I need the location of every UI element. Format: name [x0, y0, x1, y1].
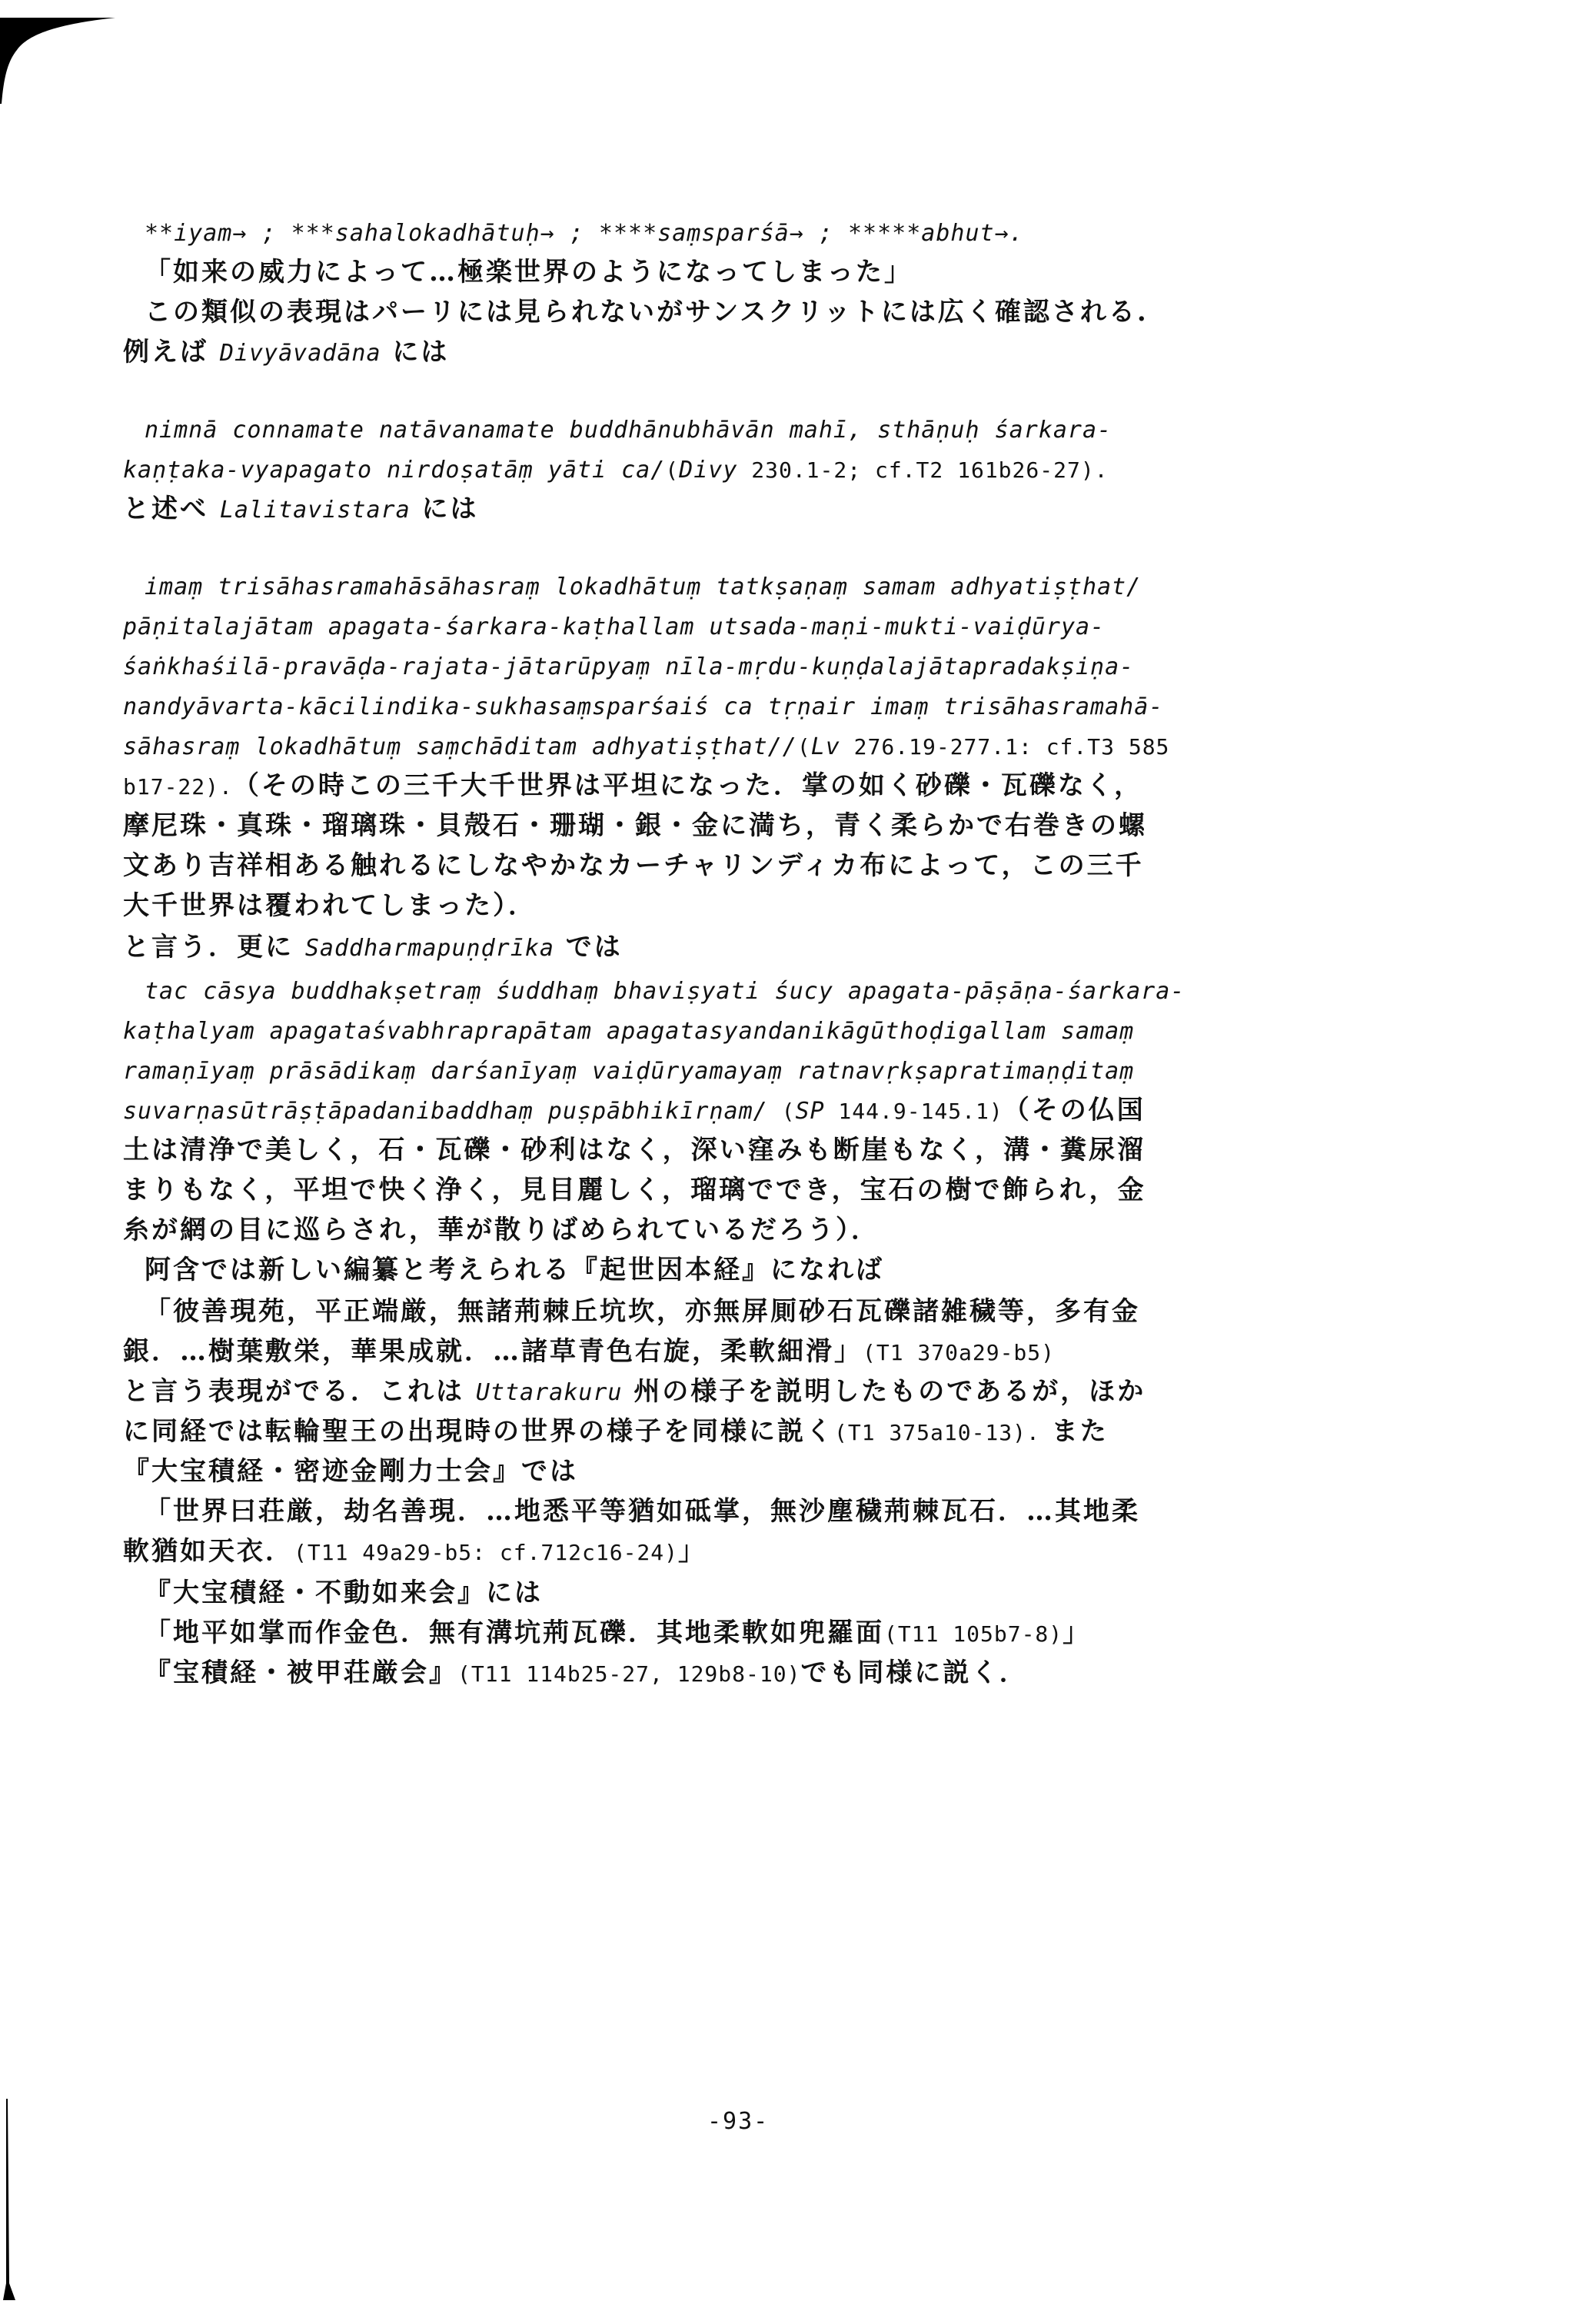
text-line: nimnā connamate natāvanamate buddhānubhā…: [145, 414, 1112, 446]
citation-text: (T1 375a10-13).: [834, 1420, 1040, 1445]
romanized-text: kaṭhalyam apagataśvabhraprapātam apagata…: [123, 1018, 1134, 1045]
japanese-text: 「世界曰荘厳，劫名善現．…地悉平等猶如砥掌，無沙塵穢荊棘瓦石．…其地柔: [145, 1496, 1140, 1527]
japanese-text: 例えば: [123, 337, 220, 367]
romanized-text: Uttarakuru: [476, 1379, 623, 1406]
text-line: sāhasraṃ lokadhātuṃ saṃchāditam adhyatiṣ…: [123, 730, 1169, 763]
text-line: 摩尼珠・真珠・瑠璃珠・貝殻石・珊瑚・銀・金に満ち，青く柔らかで右巻きの螺: [123, 810, 1147, 841]
romanized-text: Divy: [679, 457, 737, 484]
text-line: 例えば Divyāvadāna には: [123, 337, 449, 369]
citation-text: (: [797, 734, 811, 760]
text-line: **iyam→ ; ***sahalokadhātuḥ→ ; ****saṃsp…: [145, 217, 1024, 249]
text-line: と言う．更に Saddharmapuṇḍrīka では: [123, 932, 623, 964]
citation-text: (T11 105b7-8): [884, 1621, 1063, 1647]
text-line: suvarṇasūtrāṣṭāpadanibaddhaṃ puṣpābhikīr…: [123, 1095, 1146, 1127]
japanese-text: には: [381, 337, 450, 367]
romanized-text: pāṇitalajātam apagata-śarkara-kaṭhallam …: [123, 613, 1105, 640]
romanized-text: SP: [795, 1098, 824, 1125]
citation-text: (: [768, 1099, 796, 1124]
japanese-text: 軟猶如天衣．: [123, 1536, 294, 1567]
japanese-text: と述べ: [123, 494, 220, 524]
text-line: この類似の表現はパーリには見られないがサンスクリットには広く確認される.: [145, 297, 1149, 327]
romanized-text: tac cāsya buddhakṣetraṃ śuddhaṃ bhaviṣya…: [145, 978, 1185, 1005]
romanized-text: imaṃ trisāhasramahāsāhasraṃ lokadhātuṃ t…: [145, 574, 1141, 600]
romanized-text: **iyam→ ; ***sahalokadhātuḥ→ ; ****saṃsp…: [145, 220, 1024, 247]
romanized-text: nandyāvarta-kācilindika-sukhasaṃsparśaiś…: [123, 693, 1163, 720]
romanized-text: suvarṇasūtrāṣṭāpadanibaddhaṃ puṣpābhikīr…: [123, 1098, 768, 1125]
japanese-text: 『大宝積経・密迹金剛力士会』では: [123, 1456, 578, 1487]
citation-text: (T11 49a29-b5: cf.712c16-24): [294, 1540, 678, 1565]
text-line: 土は清浄で美しく，石・瓦礫・砂利はなく，深い窪みも断崖もなく，溝・糞尿溜: [123, 1135, 1146, 1165]
text-line: 『宝積経・被甲荘厳会』(T11 114b25-27, 129b8-10)でも同様…: [145, 1657, 1028, 1690]
japanese-text: 摩尼珠・真珠・瑠璃珠・貝殻石・珊瑚・銀・金に満ち，青く柔らかで右巻きの螺: [123, 810, 1147, 841]
japanese-text: 『大宝積経・不動如来会』には: [145, 1578, 543, 1608]
citation-text: 276.19-277.1: cf.T3 585: [840, 734, 1170, 760]
text-line: 糸が網の目に巡らされ，華が散りばめられているだろう）．: [123, 1215, 880, 1245]
text-line: śaṅkhaśilā-pravāḍa-rajata-jātarūpyaṃ nīl…: [123, 650, 1134, 683]
text-line: imaṃ trisāhasramahāsāhasraṃ lokadhātuṃ t…: [145, 570, 1141, 603]
japanese-text: 「地平如掌而作金色．無有溝坑荊瓦礫．其地柔軟如兜羅面: [145, 1617, 884, 1648]
romanized-text: Divyāvadāna: [220, 340, 381, 367]
text-line: 『大宝積経・密迹金剛力士会』では: [123, 1456, 578, 1487]
japanese-text: に同経では転輪聖王の出現時の世界の様子を同様に説く: [123, 1416, 834, 1447]
japanese-text: 「彼善現苑，平正端厳，無諸荊棘丘坑坎，亦無屏厠砂石瓦礫諸雑穢等，多有金: [145, 1296, 1140, 1327]
text-line: tac cāsya buddhakṣetraṃ śuddhaṃ bhaviṣya…: [145, 975, 1185, 1007]
text-line: 「彼善現苑，平正端厳，無諸荊棘丘坑坎，亦無屏厠砂石瓦礫諸雑穢等，多有金: [145, 1296, 1140, 1327]
scan-edge-line: [0, 2099, 23, 2314]
text-line: まりもなく，平坦で快く浄く，見目麗しく，瑠璃ででき，宝石の樹で飾られ，金: [123, 1175, 1146, 1205]
text-line: と言う表現がでる．これは Uttarakuru 州の様子を説明したものであるが，…: [123, 1376, 1146, 1408]
citation-text: (: [665, 457, 679, 483]
romanized-text: Lalitavistara: [220, 497, 411, 524]
japanese-text: 土は清浄で美しく，石・瓦礫・砂利はなく，深い窪みも断崖もなく，溝・糞尿溜: [123, 1135, 1146, 1165]
japanese-text: 大千世界は覆われてしまった）．: [123, 890, 537, 921]
text-line: kaṇṭaka-vyapagato nirdoṣatāṃ yāti ca/(Di…: [123, 454, 1109, 486]
text-line: 大千世界は覆われてしまった）．: [123, 890, 537, 921]
text-line: 阿含では新しい編纂と考えられる『起世因本経』になれば: [145, 1255, 884, 1285]
japanese-text: と言う表現がでる．これは: [123, 1376, 476, 1407]
page-number: -93-: [707, 2108, 769, 2135]
text-line: 銀．…樹葉敷栄，華果成就．…諸草青色右旋，柔軟細滑」(T1 370a29-b5): [123, 1336, 1055, 1368]
japanese-text: （その時この三千大千世界は平坦になった．掌の如く砂礫・瓦礫なく，: [233, 770, 1142, 801]
text-line: 『大宝積経・不動如来会』には: [145, 1578, 543, 1608]
text-line: に同経では転輪聖王の出現時の世界の様子を同様に説く(T1 375a10-13).…: [123, 1416, 1109, 1448]
romanized-text: kaṇṭaka-vyapagato nirdoṣatāṃ yāti ca/: [123, 457, 665, 484]
japanese-text: 文あり吉祥相ある触れるにしなやかなカーチャリンディカ布によって，この三千: [123, 850, 1144, 881]
japanese-text: では: [554, 932, 623, 963]
japanese-text: でも同様に説く．: [800, 1657, 1027, 1688]
text-line: pāṇitalajātam apagata-śarkara-kaṭhallam …: [123, 610, 1105, 643]
text-line: 軟猶如天衣．(T11 49a29-b5: cf.712c16-24)」: [123, 1536, 707, 1568]
japanese-text: まりもなく，平坦で快く浄く，見目麗しく，瑠璃ででき，宝石の樹で飾られ，金: [123, 1175, 1146, 1205]
citation-text: (T1 370a29-b5): [863, 1340, 1055, 1365]
japanese-text: 「如来の威力によって…極楽世界のようになってしまった」: [145, 257, 913, 288]
citation-text: b17-22).: [123, 774, 233, 800]
japanese-text: 州の様子を説明したものであるが，ほか: [622, 1376, 1146, 1407]
japanese-text: と言う．更に: [123, 932, 305, 963]
romanized-text: sāhasraṃ lokadhātuṃ saṃchāditam adhyatiṣ…: [123, 733, 797, 760]
japanese-text: また: [1040, 1416, 1109, 1447]
citation-text: 230.1-2; cf.T2 161b26-27).: [737, 457, 1108, 483]
text-line: nandyāvarta-kācilindika-sukhasaṃsparśaiś…: [123, 690, 1163, 723]
text-line: 「地平如掌而作金色．無有溝坑荊瓦礫．其地柔軟如兜羅面(T11 105b7-8)」: [145, 1617, 1091, 1650]
japanese-text: 阿含では新しい編纂と考えられる『起世因本経』になれば: [145, 1255, 884, 1285]
japanese-text: 」: [678, 1536, 707, 1567]
romanized-text: nimnā connamate natāvanamate buddhānubhā…: [145, 417, 1112, 444]
citation-text: (T11 114b25-27, 129b8-10): [457, 1661, 800, 1687]
scan-corner-shadow: [0, 0, 115, 123]
text-line: 文あり吉祥相ある触れるにしなやかなカーチャリンディカ布によって，この三千: [123, 850, 1144, 881]
citation-text: 144.9-145.1): [825, 1099, 1003, 1124]
text-line: b17-22).（その時この三千大千世界は平坦になった．掌の如く砂礫・瓦礫なく，: [123, 770, 1142, 803]
romanized-text: śaṅkhaśilā-pravāḍa-rajata-jātarūpyaṃ nīl…: [123, 653, 1134, 680]
text-line: 「如来の威力によって…極楽世界のようになってしまった」: [145, 257, 913, 288]
text-line: kaṭhalyam apagataśvabhraprapātam apagata…: [123, 1015, 1134, 1047]
japanese-text: 」: [1063, 1617, 1091, 1648]
text-line: 「世界曰荘厳，劫名善現．…地悉平等猶如砥掌，無沙塵穢荊棘瓦石．…其地柔: [145, 1496, 1140, 1527]
romanized-text: Saddharmapuṇḍrīka: [305, 935, 554, 962]
japanese-text: この類似の表現はパーリには見られないがサンスクリットには広く確認される.: [145, 297, 1149, 327]
romanized-text: Lv: [811, 733, 840, 760]
text-line: ramaṇīyaṃ prāsādikaṃ darśanīyaṃ vaiḍūrya…: [123, 1055, 1134, 1087]
japanese-text: 糸が網の目に巡らされ，華が散りばめられているだろう）．: [123, 1215, 880, 1245]
japanese-text: 銀．…樹葉敷栄，華果成就．…諸草青色右旋，柔軟細滑」: [123, 1336, 863, 1367]
japanese-text: には: [411, 494, 479, 524]
japanese-text: （その仏国: [1003, 1095, 1146, 1125]
romanized-text: ramaṇīyaṃ prāsādikaṃ darśanīyaṃ vaiḍūrya…: [123, 1058, 1134, 1085]
text-line: と述べ Lalitavistara には: [123, 494, 479, 526]
japanese-text: 『宝積経・被甲荘厳会』: [145, 1657, 457, 1688]
